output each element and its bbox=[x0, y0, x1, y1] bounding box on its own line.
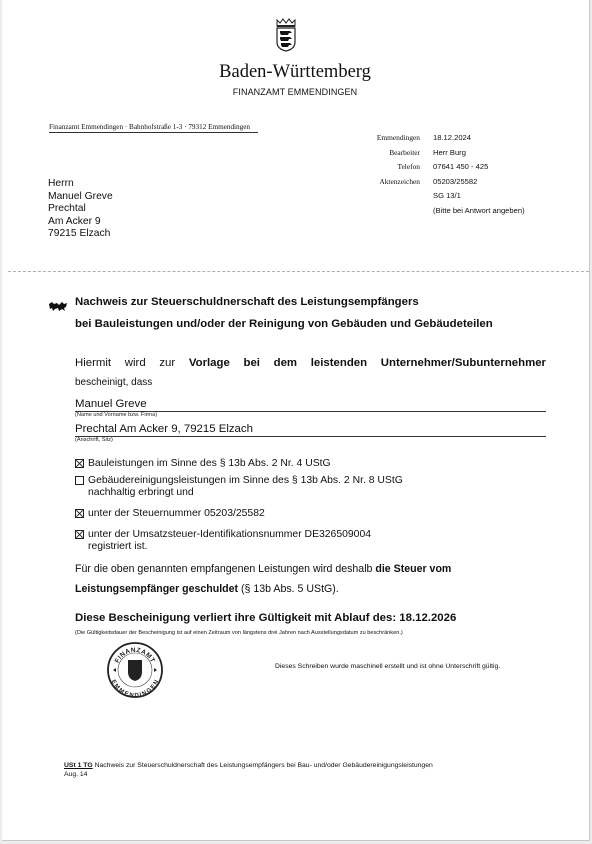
recipient-salutation: Herrn bbox=[48, 178, 113, 191]
document-page: Baden-Württemberg FINANZAMT EMMENDINGEN … bbox=[2, 0, 590, 841]
meta-row-file-number: Aktenzeichen05203/25582 bbox=[354, 175, 525, 190]
checkbox-icon bbox=[75, 509, 84, 518]
machine-generated-note: Dieses Schreiben wurde maschinell erstel… bbox=[275, 663, 500, 670]
fold-divider bbox=[8, 271, 589, 272]
checkbox-icon bbox=[75, 459, 84, 468]
recipient-address-field: Prechtal Am Acker 9, 79215 Elzach bbox=[75, 422, 546, 437]
consequence-line2: Leistungsempfänger geschuldet (§ 13b Abs… bbox=[75, 583, 339, 595]
meta-row-phone: Telefon07641 450 - 425 bbox=[354, 160, 525, 175]
intro-sentence: Hiermit wird zur Vorlage bei dem leisten… bbox=[75, 357, 546, 369]
recipient-street: Am Acker 9 bbox=[48, 216, 113, 229]
letter-metadata: Emmendingen18.12.2024 BearbeiterHerr Bur… bbox=[354, 131, 525, 219]
meta-row-department: SG 13/1 bbox=[354, 189, 525, 204]
recipient-address: Herrn Manuel Greve Prechtal Am Acker 9 7… bbox=[48, 178, 113, 241]
meta-row-reply-note: (Bitte bei Antwort angeben) bbox=[354, 204, 525, 219]
state-name: Baden-Württemberg bbox=[2, 62, 578, 83]
intro-continuation: bescheinigt, dass bbox=[75, 377, 152, 388]
official-seal-stamp-icon: FINANZAMT EMMENDINGEN bbox=[105, 640, 165, 700]
checkbox-icon bbox=[75, 530, 84, 539]
address-field-label: (Anschrift, Sitz) bbox=[75, 437, 113, 443]
coat-of-arms-icon bbox=[275, 18, 297, 52]
form-title: Nachweis zur Steuerschuldnerschaft des L… bbox=[93, 762, 433, 769]
document-title-line2: bei Bauleistungen und/oder der Reinigung… bbox=[75, 318, 493, 330]
meta-row-clerk: BearbeiterHerr Burg bbox=[354, 146, 525, 161]
checkbox-construction-services: Bauleistungen im Sinne des § 13b Abs. 2 … bbox=[75, 458, 331, 470]
recipient-name: Manuel Greve bbox=[48, 191, 113, 204]
consequence-line1: Für die oben genannten empfangenen Leist… bbox=[75, 563, 451, 575]
document-title-line1: Nachweis zur Steuerschuldnerschaft des L… bbox=[75, 296, 419, 308]
validity-statement: Diese Bescheinigung verliert ihre Gültig… bbox=[75, 612, 456, 624]
checkbox-tax-number: unter der Steuernummer 05203/25582 bbox=[75, 508, 265, 520]
recipient-city: 79215 Elzach bbox=[48, 228, 113, 241]
form-code: USt 1 TG bbox=[64, 762, 93, 769]
recipient-name-field: Manuel Greve bbox=[75, 397, 546, 412]
sender-address-line: Finanzamt Emmendingen · Bahnhofstraße 1-… bbox=[49, 122, 258, 133]
form-footer: USt 1 TG Nachweis zur Steuerschuldnersch… bbox=[64, 762, 433, 769]
tax-office-name: FINANZAMT EMMENDINGEN bbox=[2, 87, 578, 97]
checkbox-icon bbox=[75, 476, 84, 485]
form-version: Aug. 14 bbox=[64, 771, 87, 778]
svg-text:EMMENDINGEN: EMMENDINGEN bbox=[110, 679, 161, 699]
meta-row-date: Emmendingen18.12.2024 bbox=[354, 131, 525, 146]
checkbox-cleaning-services: Gebäudereinigungsleistungen im Sinne des… bbox=[75, 475, 403, 499]
checkbox-vat-id: unter der Umsatzsteuer-Identifikationsnu… bbox=[75, 529, 371, 553]
recipient-locality: Prechtal bbox=[48, 203, 113, 216]
name-field-label: (Name und Vorname bzw. Firma) bbox=[75, 412, 157, 418]
lion-emblem-icon bbox=[48, 300, 68, 312]
validity-note: (Die Gültigkeitsdauer der Bescheinigung … bbox=[75, 630, 403, 636]
